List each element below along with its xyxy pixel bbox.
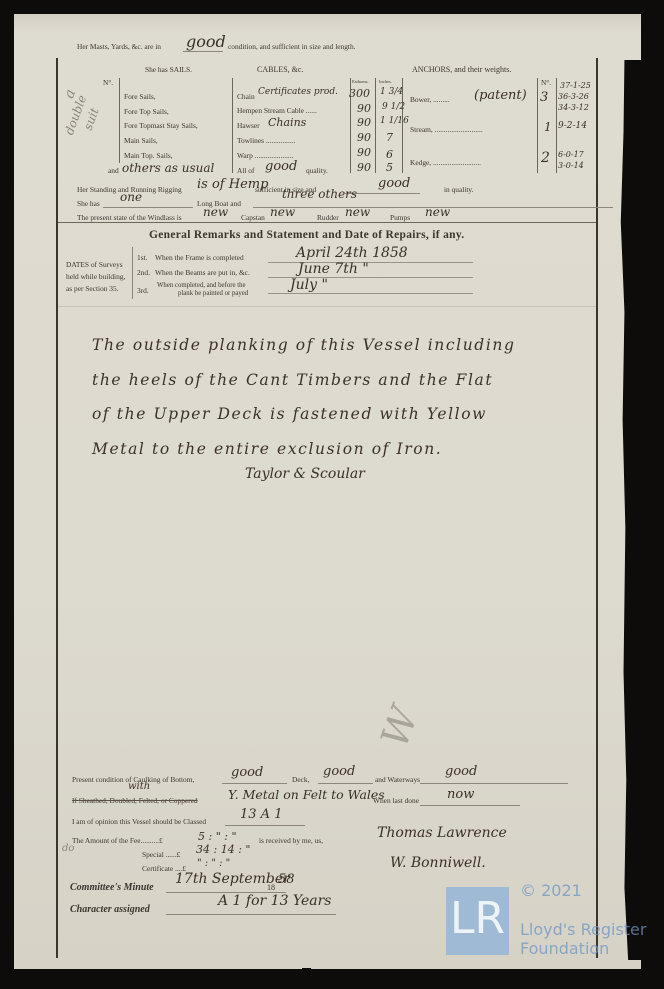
surveys-side-label: held while building, [66, 272, 125, 281]
waterways-label: and Waterways [375, 775, 420, 784]
boats-prefix: She has [77, 199, 100, 208]
anchor-weight: 6-0-17 [558, 150, 584, 159]
cable-suffix: quality. [306, 166, 328, 175]
cable-label: Hawser [237, 121, 260, 130]
sails-others-prefix: and [108, 166, 119, 175]
page-notch [302, 968, 311, 989]
cable-inches: 6 [386, 148, 393, 161]
anchor-count: 3 [540, 90, 548, 105]
survey-ord: 1st. [137, 253, 147, 262]
when-label: When last done [373, 796, 419, 805]
anchors-weight-divider [556, 78, 557, 173]
anchor-note: (patent) [474, 88, 527, 103]
cables-left-divider [232, 78, 233, 173]
committee-year-prefix: 18 [267, 883, 275, 892]
lr-logo-text: LR [450, 897, 505, 941]
cable-note: Chains [268, 116, 306, 129]
survey-ord: 2nd. [137, 268, 150, 277]
sail-item: Main Sails, [124, 136, 158, 145]
masts-prefix: Her Masts, Yards, &c. are in [77, 42, 161, 51]
waterways-fill [420, 771, 568, 784]
cable-fathoms: 90 [357, 161, 371, 174]
col-fathoms: Fathoms. [352, 79, 369, 84]
surveys-side-label: DATES of Surveys [66, 260, 123, 269]
cable-inches: 9 1/2 [382, 102, 405, 112]
surveyor-signature: W. Bonniwell. [390, 855, 486, 871]
survey-value: June 7th " [298, 261, 369, 277]
when-value: now [447, 787, 474, 802]
committee-year: 58 [278, 872, 295, 887]
rigging-quality: good [378, 176, 410, 191]
pumps-value: new [425, 205, 450, 219]
windlass-rule [58, 222, 596, 223]
col-inches: Inches. [379, 79, 392, 84]
class-prefix: I am of opinion this Vessel should be Cl… [72, 817, 206, 826]
cables-header: CABLES, &c. [257, 65, 303, 74]
cable-label: All of [237, 166, 254, 175]
anchor-weight: 9-2-14 [558, 121, 587, 131]
windlass-value: new [203, 205, 228, 219]
pumps-label: Pumps [390, 213, 410, 222]
sail-item: Main Top. Sails, [124, 151, 173, 160]
anchor-label: Kedge, .......................... [410, 158, 481, 167]
cable-label: Towlines ................ [237, 136, 295, 145]
cable-label: Chain [237, 92, 255, 101]
remarks-line: the heels of the Cant Timbers and the Fl… [92, 371, 493, 389]
anchors-no-divider [537, 78, 538, 173]
cable-fathoms: 90 [357, 131, 371, 144]
cable-inches: 7 [386, 131, 393, 144]
fee-special-label: Special ......£ [142, 850, 180, 859]
remarks-heading: General Remarks and Statement and Date o… [149, 229, 464, 241]
survey-label: When the Beams are put in, &c. [155, 268, 250, 277]
survey-ord: 3rd. [137, 286, 149, 295]
caulking-bottom: good [231, 765, 263, 780]
cables-inches-divider [375, 78, 376, 173]
cable-fathoms: 300 [349, 87, 370, 100]
sail-item: Fore Topmast Stay Sails, [124, 121, 198, 130]
boats-others-value: three others [282, 187, 357, 201]
cable-inches: 1 3/4 [380, 87, 403, 97]
ruled-line [58, 306, 596, 307]
survey-value: July " [290, 277, 328, 293]
cable-inches: 1 1/16 [380, 116, 409, 126]
remarks-line: The outside planking of this Vessel incl… [92, 336, 515, 354]
sheathed-insert: with [128, 781, 150, 792]
anchor-weight: 3-0-14 [558, 161, 584, 170]
masts-suffix: condition, and sufficient in size and le… [228, 42, 356, 51]
long-boat-fill [103, 195, 193, 208]
anchor-label: Bower, ......... [410, 95, 450, 104]
anchors-header: ANCHORS, and their weights. [412, 65, 511, 74]
survey-label: When completed, and before the [157, 282, 246, 289]
left-border-line [56, 58, 58, 958]
fee-special: 34 : 14 : " [196, 843, 250, 856]
character-assigned-label: Character assigned [70, 904, 150, 915]
anchors-no-label: N°. [541, 78, 551, 87]
remarks-line: Metal to the entire exclusion of Iron. [92, 440, 442, 458]
fee-received-label: is received by me, us, [259, 836, 323, 845]
anchor-weight: 37-1-25 [560, 81, 591, 90]
right-border-line [596, 58, 598, 958]
sheathed-prefix: If Sheathed, Doubled, Felted, or Coppere… [72, 796, 198, 805]
rudder-value: new [345, 205, 370, 219]
lr-logo: LR [446, 887, 509, 955]
sail-item: Fore Top Sails, [124, 107, 169, 116]
waterways-value: good [445, 764, 477, 779]
windlass-prefix: The present state of the Windlass is [77, 213, 182, 222]
long-boat-value: one [120, 190, 142, 204]
surveys-side-label: as per Section 35. [66, 284, 119, 293]
cable-inches: 5 [386, 161, 393, 174]
capstan-value: new [270, 205, 295, 219]
anchor-label: Stream, .......................... [410, 125, 483, 134]
surveyor-signature: Thomas Lawrence [377, 825, 507, 841]
capstan-label: Capstan [241, 213, 265, 222]
sails-divider [119, 78, 120, 163]
sheathed-value: Y. Metal on Felt to Wales [228, 787, 385, 802]
deck-value: good [323, 764, 355, 779]
deck-label: Deck, [292, 775, 309, 784]
surveys-bracket [132, 247, 133, 299]
masts-value: good [186, 32, 226, 51]
fee-amount-label: The Amount of the Fee..........£ [72, 836, 163, 845]
sails-others-value: others as usual [122, 161, 214, 175]
watermark-copyright: © 2021 [520, 881, 582, 900]
anchor-weight: 36-3-26 [558, 92, 589, 101]
fee-certificate: " : " : " [197, 858, 230, 869]
sail-item: Fore Sails, [124, 92, 156, 101]
rudder-label: Rudder [317, 213, 339, 222]
cable-fathoms: 90 [357, 116, 371, 129]
cable-fathoms: 90 [357, 146, 371, 159]
cable-note: Certificates prod. [258, 87, 338, 97]
anchor-count: 1 [544, 120, 552, 134]
fee-margin-note: do [62, 843, 74, 854]
remarks-line: of the Upper Deck is fastened with Yello… [92, 405, 487, 423]
survey-label: When the Frame is completed [155, 253, 244, 262]
survey-label: plank be painted or payed [178, 290, 248, 297]
anchor-weight: 34-3-12 [558, 103, 589, 112]
watermark-org-line1: Lloyd's Register [520, 920, 646, 939]
committee-minute-label: Committee's Minute [70, 882, 154, 893]
cable-note: good [265, 159, 297, 174]
survey-value: April 24th 1858 [296, 245, 408, 261]
sails-header: She has SAILS. [145, 65, 192, 74]
fee-amount: 5 : " : " [198, 830, 237, 843]
watermark-org-line2: Foundation [520, 939, 609, 958]
remarks-signature: Taylor & Scoular [245, 466, 365, 482]
sails-no-label: N°. [103, 78, 113, 87]
survey-fill [268, 293, 473, 294]
class-value: 13 A 1 [240, 807, 282, 822]
cable-label: Hempen Stream Cable ...... [237, 106, 317, 115]
rigging-suffix: in quality. [444, 185, 474, 194]
anchor-count: 2 [541, 150, 550, 166]
cable-fathoms: 90 [357, 102, 371, 115]
character-assigned-value: A 1 for 13 Years [218, 893, 331, 909]
